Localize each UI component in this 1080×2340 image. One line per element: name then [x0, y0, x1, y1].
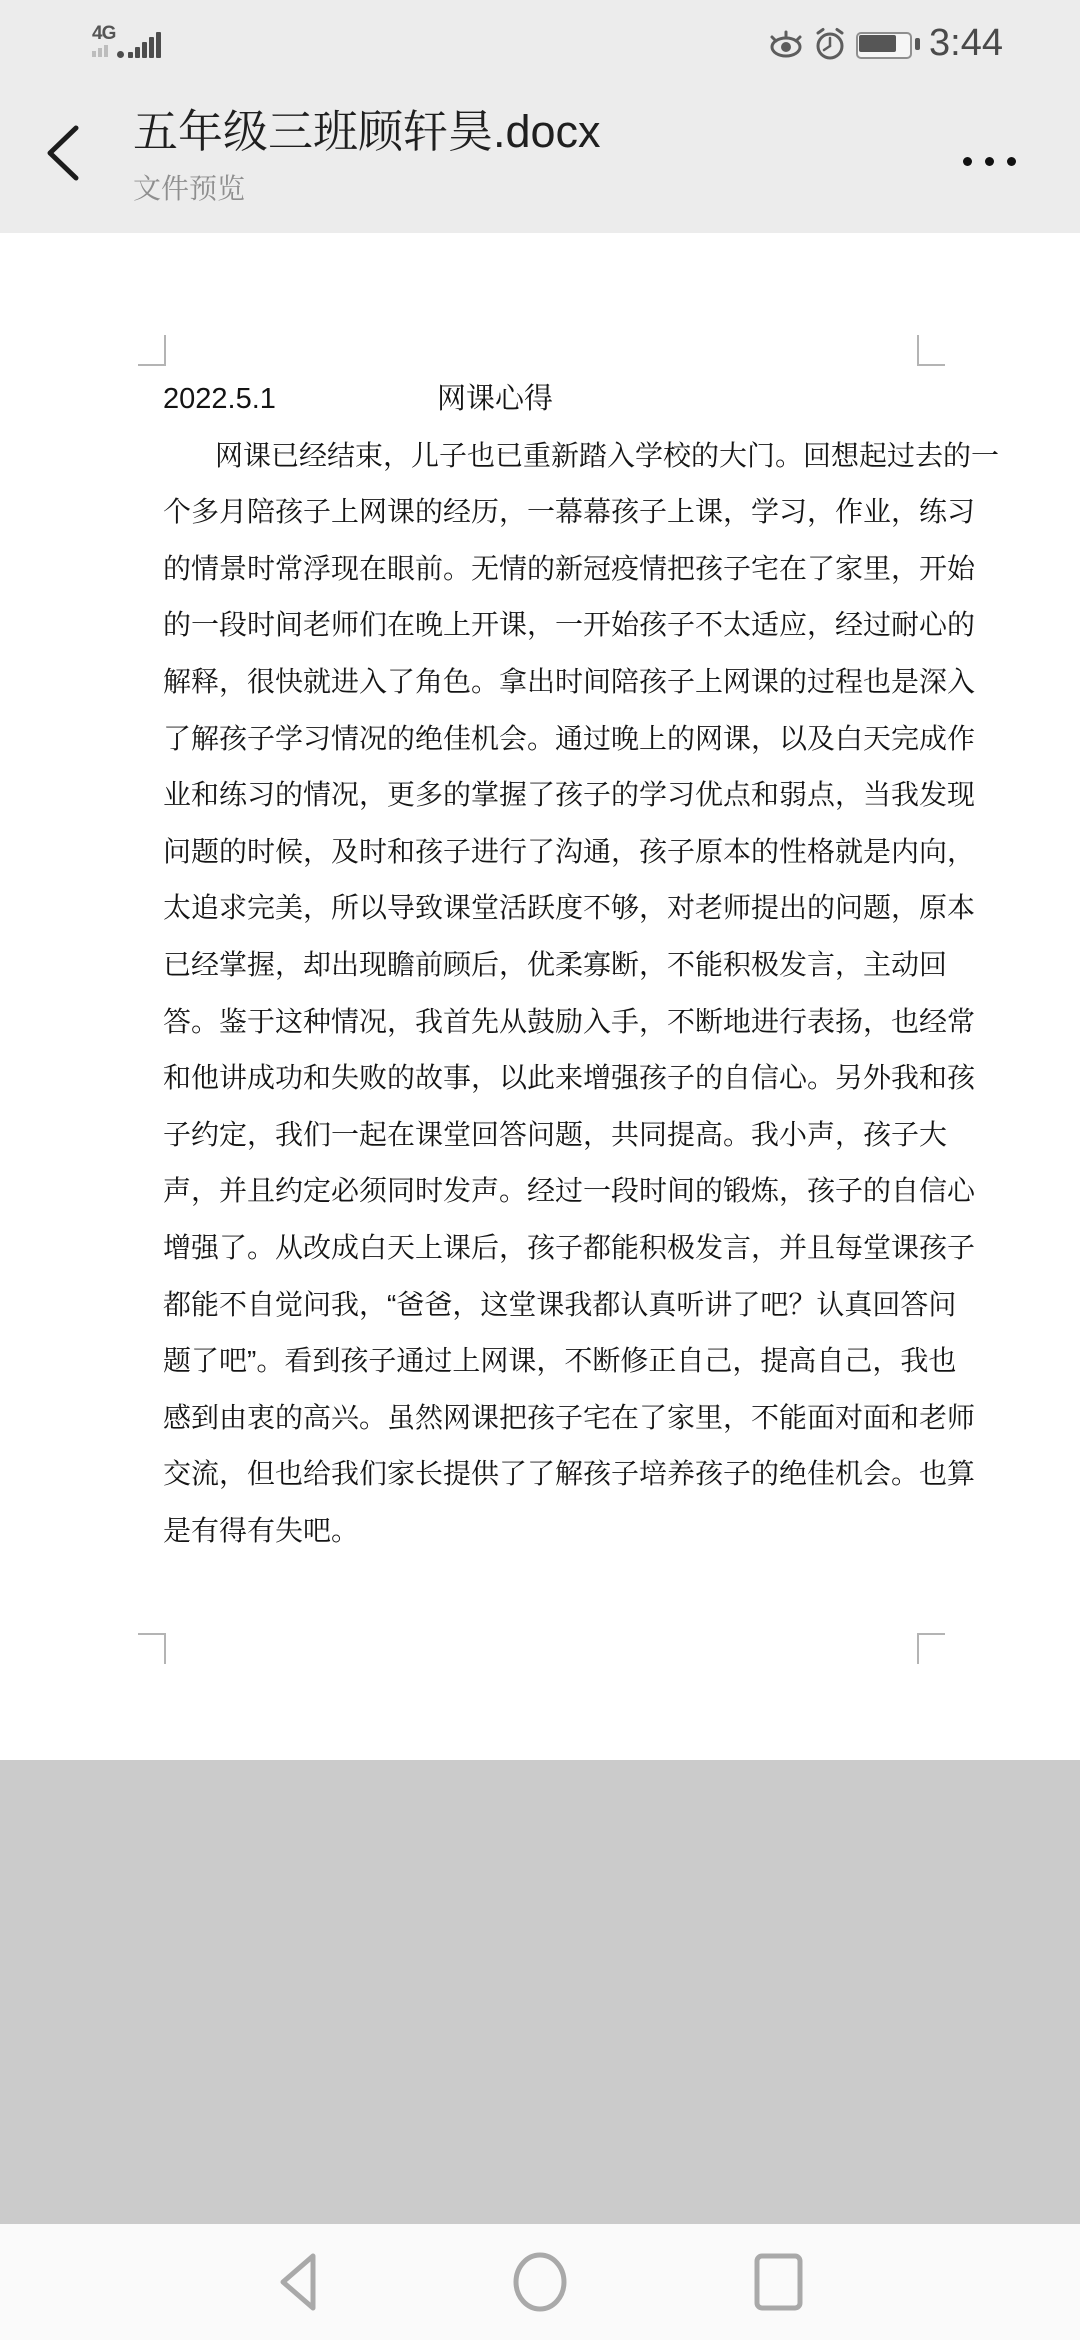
- sim2-signal-icon: [92, 45, 114, 57]
- document-line: 增强了。从改成白天上课后，孩子都能积极发言，并且每堂课孩子: [163, 1220, 923, 1277]
- menu-dot-icon: [1007, 157, 1016, 166]
- eye-protection-icon: [766, 29, 806, 64]
- nav-back-button[interactable]: [266, 2248, 334, 2316]
- document-line: 交流，但也给我们家长提供了了解孩子培养孩子的绝佳机会。也算: [163, 1446, 923, 1503]
- document-line: 答。鉴于这种情况，我首先从鼓励入手，不断地进行表扬，也经常: [163, 994, 923, 1051]
- page-corner-mark-bottom-left: [138, 1633, 166, 1664]
- document-line: 是有得有失吧。: [163, 1503, 923, 1560]
- menu-dot-icon: [963, 157, 972, 166]
- navigation-bar: [0, 2224, 1080, 2340]
- document-date: 2022.5.1: [163, 371, 276, 428]
- document-line: 业和练习的情况，更多的掌握了孩子的学习优点和弱点，当我发现: [163, 767, 923, 824]
- preview-background: [0, 1760, 1080, 2224]
- document-title: 网课心得: [437, 371, 553, 428]
- top-chrome: 4G: [0, 0, 1080, 233]
- page-corner-mark-top-right: [917, 335, 945, 366]
- document-line: 声，并且约定必须同时发声。经过一段时间的锻炼，孩子的自信心: [163, 1163, 923, 1220]
- document-line: 的情景时常浮现在眼前。无情的新冠疫情把孩子宅在了家里，开始: [163, 541, 923, 598]
- signal-bars-icon: [128, 32, 162, 58]
- signal-cluster: 4G: [92, 24, 162, 62]
- document-date-line: 2022.5.1 网课心得: [163, 371, 923, 428]
- signal-dot-icon: [117, 51, 124, 58]
- nav-home-button[interactable]: [506, 2248, 574, 2316]
- document-line: 已经掌握，却出现瞻前顾后，优柔寡断，不能积极发言，主动回: [163, 937, 923, 994]
- document-line: 解释，很快就进入了角色。拿出时间陪孩子上网课的过程也是深入: [163, 654, 923, 711]
- document-preview[interactable]: 2022.5.1 网课心得 网课已经结束，儿子也已重新踏入学校的大门。回想起过去…: [0, 233, 1080, 1760]
- document-line: 太追求完美，所以导致课堂活跃度不够，对老师提出的问题，原本: [163, 880, 923, 937]
- document-line: 了解孩子学习情况的绝佳机会。通过晚上的网课，以及白天完成作: [163, 711, 923, 768]
- page-corner-mark-top-left: [138, 335, 166, 366]
- document-line: 感到由衷的高兴。虽然网课把孩子宅在了家里，不能面对面和老师: [163, 1390, 923, 1447]
- document-line: 都能不自觉问我，“爸爸，这堂课我都认真听讲了吧？认真回答问: [163, 1277, 923, 1334]
- screen: 4G: [0, 0, 1080, 2340]
- more-menu-button[interactable]: [945, 138, 1037, 186]
- document-line: 问题的时候，及时和孩子进行了沟通，孩子原本的性格就是内向，: [163, 824, 923, 881]
- document-line: 的一段时间老师们在晚上开课，一开始孩子不太适应，经过耐心的: [163, 597, 923, 654]
- document-line: 题了吧”。看到孩子通过上网课，不断修正自己，提高自己，我也: [163, 1333, 923, 1390]
- alarm-icon: [812, 27, 848, 66]
- document-text: 2022.5.1 网课心得 网课已经结束，儿子也已重新踏入学校的大门。回想起过去…: [163, 371, 923, 1559]
- battery-icon: [856, 32, 920, 55]
- status-time: 3:44: [929, 24, 1003, 62]
- page-subtitle: 文件预览: [133, 172, 245, 206]
- menu-dot-icon: [985, 157, 994, 166]
- document-line: 子约定，我们一起在课堂回答问题，共同提高。我小声，孩子大: [163, 1107, 923, 1164]
- nav-recents-button[interactable]: [745, 2248, 813, 2316]
- document-line: 个多月陪孩子上网课的经历，一幕幕孩子上课，学习，作业，练习: [163, 484, 923, 541]
- page-corner-mark-bottom-right: [917, 1633, 945, 1664]
- network-type-label: 4G: [92, 24, 115, 43]
- document-line: 网课已经结束，儿子也已重新踏入学校的大门。回想起过去的一: [163, 428, 923, 485]
- page-title: 五年级三班顾轩昊.docx: [133, 104, 953, 160]
- document-line: 和他讲成功和失败的故事，以此来增强孩子的自信心。另外我和孩: [163, 1050, 923, 1107]
- back-button[interactable]: [36, 118, 96, 188]
